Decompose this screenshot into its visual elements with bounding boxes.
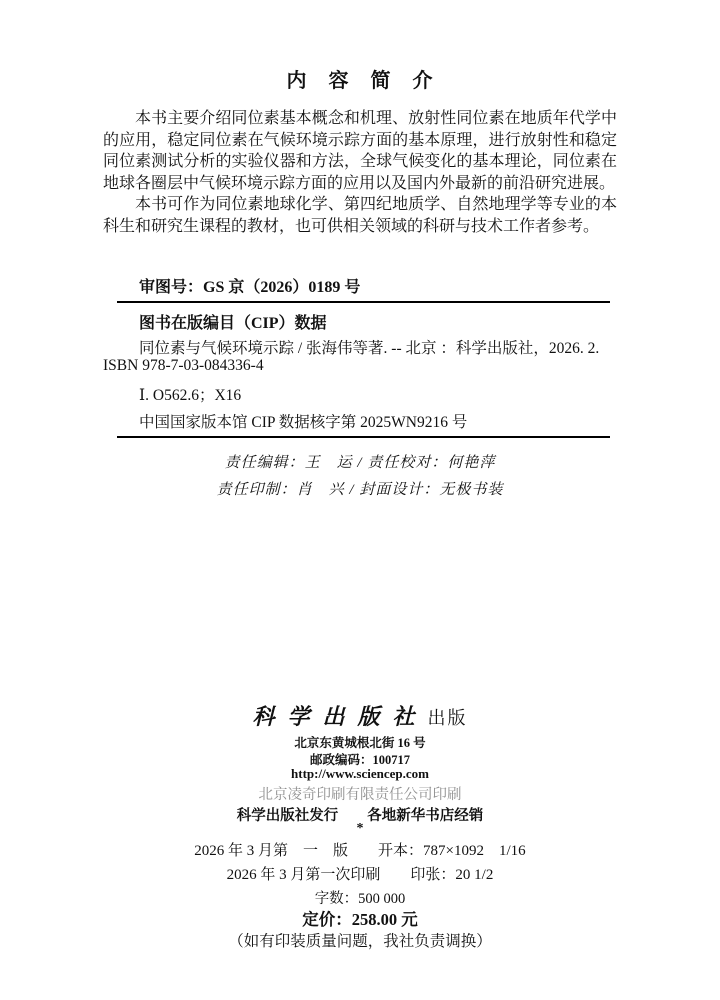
impression-line: 2026 年 3 月第一次印刷 印张：20 1/2: [0, 863, 720, 884]
edition-line: 2026 年 3 月第 一 版 开本：787×1092 1/16: [0, 839, 720, 860]
divider-top: [117, 301, 610, 303]
cip-classification: Ⅰ. O562.6；X16: [139, 383, 241, 405]
publisher-website: http://www.sciencep.com: [0, 766, 720, 782]
copyright-page: 内 容 简 介 本书主要介绍同位素基本概念和机理、放射性同位素在地质年代学中的应…: [0, 0, 720, 1000]
intro-paragraph-1: 本书主要介绍同位素基本概念和机理、放射性同位素在地质年代学中的应用，稳定同位素在…: [103, 108, 617, 194]
cip-heading: 图书在版编目（CIP）数据: [139, 310, 327, 333]
printer-line: 北京凌奇印刷有限责任公司印刷: [0, 783, 720, 804]
publisher-address: 北京东黄城根北街 16 号: [0, 733, 720, 751]
divider-bottom: [117, 436, 610, 438]
cip-entry: 同位素与气候环境示踪 / 张海伟等著. -- 北京 ：科学出版社，2026. 2…: [139, 336, 599, 358]
cip-isbn: ISBN 978-7-03-084336-4: [103, 357, 264, 375]
page-title: 内 容 简 介: [0, 64, 720, 93]
publisher-suffix: 出版: [428, 708, 468, 728]
quality-notice: （如有印装质量问题，我社负责调换）: [0, 929, 720, 951]
publisher-script-name: 科学出版社: [252, 704, 427, 729]
credits-line-editor: 责任编辑：王 运 / 责任校对：何艳萍: [0, 451, 720, 472]
map-approval-number: 审图号：GS 京（2026）0189 号: [139, 274, 360, 297]
cip-record-number: 中国国家版本馆 CIP 数据核字第 2025WN9216 号: [139, 410, 467, 432]
publisher-imprint: 科学出版社出版: [0, 700, 720, 731]
content-summary: 本书主要介绍同位素基本概念和机理、放射性同位素在地质年代学中的应用，稳定同位素在…: [103, 108, 617, 237]
word-count-line: 字数：500 000: [0, 887, 720, 908]
price-line: 定价：258.00 元: [0, 906, 720, 930]
separator-star: *: [0, 821, 720, 837]
intro-paragraph-2: 本书可作为同位素地球化学、第四纪地质学、自然地理学等专业的本科生和研究生课程的教…: [103, 194, 617, 237]
credits-line-printing: 责任印制：肖 兴 / 封面设计：无极书装: [0, 478, 720, 499]
